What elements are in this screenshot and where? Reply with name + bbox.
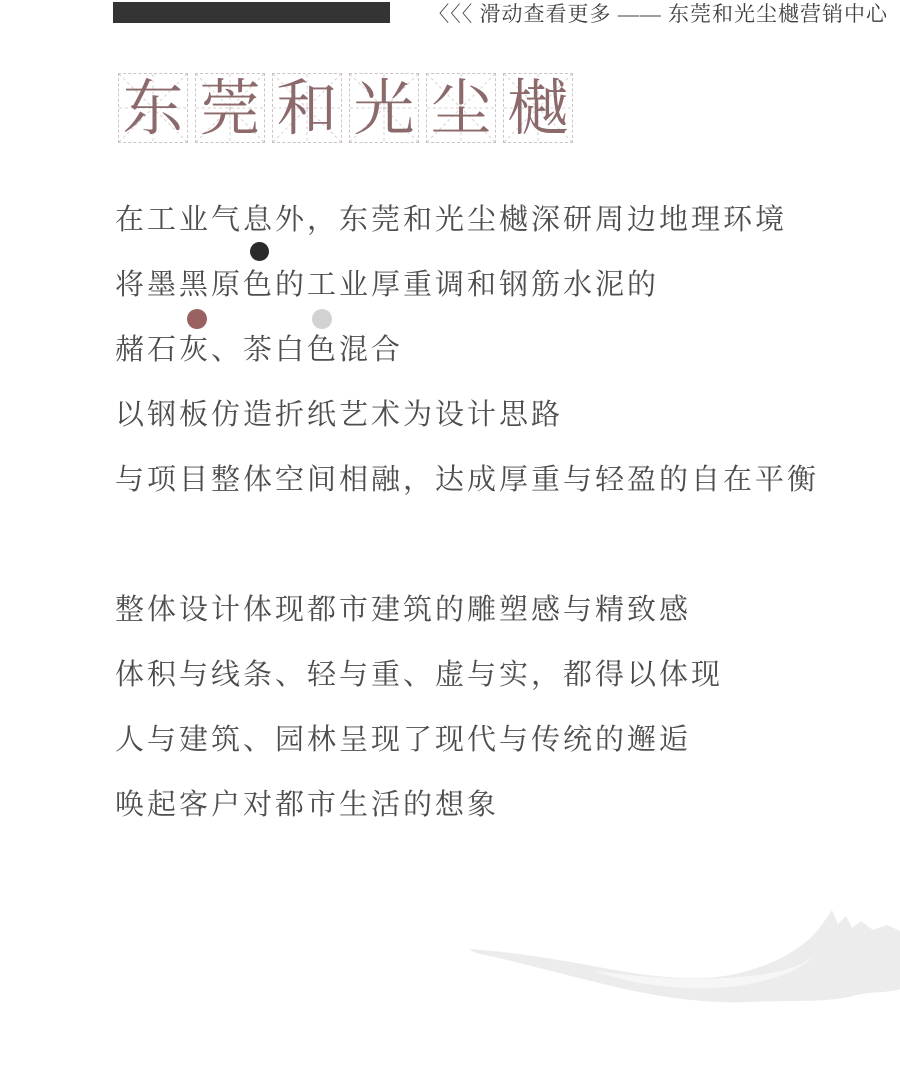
- title-character: 莞: [196, 74, 264, 142]
- ochre-red-color-dot-icon: [187, 309, 207, 329]
- ink-black-color-dot-icon: [250, 242, 269, 261]
- scroll-hint-text: 〈〈〈 滑动查看更多 —— 东莞和光尘樾营销中心: [428, 1, 888, 27]
- swipe-page[interactable]: 〈〈〈 滑动查看更多 —— 东莞和光尘樾营销中心 东 莞 和: [0, 0, 900, 1072]
- text-line: 赭石灰、茶白色混合: [115, 318, 819, 383]
- title-char-box: 尘: [426, 73, 496, 143]
- title-character: 尘: [427, 74, 495, 142]
- intro-paragraph: 在工业气息外，东莞和光尘樾深研周边地理环境 将墨黑原色的工业厚重调和钢筋水泥的 …: [115, 188, 819, 513]
- title-character: 光: [350, 74, 418, 142]
- title-char-box: 东: [118, 73, 188, 143]
- text-line: 在工业气息外，东莞和光尘樾深研周边地理环境: [115, 188, 819, 253]
- text-line: 与项目整体空间相融，达成厚重与轻盈的自在平衡: [115, 448, 819, 513]
- tea-white-color-dot-icon: [312, 309, 332, 329]
- text-line: 整体设计体现都市建筑的雕塑感与精致感: [115, 578, 723, 643]
- text-line: 唤起客户对都市生活的想象: [115, 773, 723, 838]
- title-char-box: 光: [349, 73, 419, 143]
- header-dark-bar: [113, 2, 390, 23]
- text-line: 人与建筑、园林呈现了现代与传统的邂逅: [115, 708, 723, 773]
- design-paragraph: 整体设计体现都市建筑的雕塑感与精致感 体积与线条、轻与重、虚与实，都得以体现 人…: [115, 578, 723, 838]
- title-character: 东: [119, 74, 187, 142]
- title-char-box: 和: [272, 73, 342, 143]
- title-char-box: 莞: [195, 73, 265, 143]
- text-line: 将墨黑原色的工业厚重调和钢筋水泥的: [115, 253, 819, 318]
- title-character: 樾: [504, 74, 572, 142]
- text-line: 以钢板仿造折纸艺术为设计思路: [115, 383, 819, 448]
- project-title: 东 莞 和 光: [118, 73, 573, 143]
- ink-mountain-decoration: [455, 897, 900, 1007]
- title-character: 和: [273, 74, 341, 142]
- title-char-box: 樾: [503, 73, 573, 143]
- text-line: 体积与线条、轻与重、虚与实，都得以体现: [115, 643, 723, 708]
